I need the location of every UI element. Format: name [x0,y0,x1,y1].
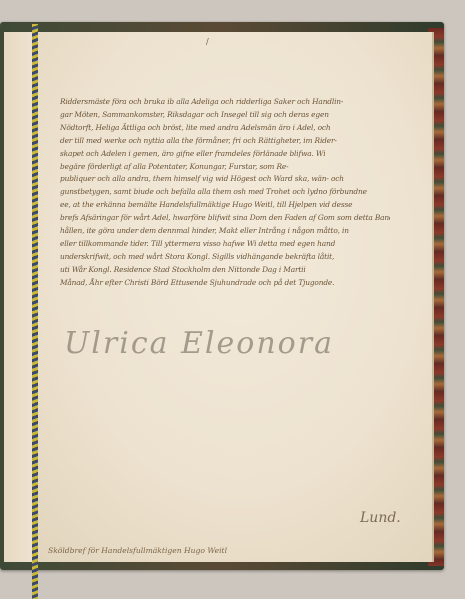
body-line: publiquer och alla andra, them himself v… [60,173,390,186]
page-mark: / [206,37,209,46]
body-line: uti Wår Kongl. Residence Stad Stockholm … [60,264,390,277]
body-line: skapet och Adelen i gemen, äro gifne ell… [60,148,390,161]
body-line: hållen, ite göra under dem dennmal hinde… [60,225,390,238]
body-line: ee, at the erkänna bemälte Handelsfullmä… [60,199,390,212]
binding-cord [32,24,38,599]
body-line: der till med werke och nyttia alla the f… [60,135,390,148]
body-line: eller tillkommande tider. Till yttermera… [60,238,390,251]
countersignature: Lund. [360,510,401,526]
body-line: gar Möten, Sammankomster, Riksdagar och … [60,109,390,122]
footer-caption: Sköldbref för Handelsfullmäktigen Hugo W… [48,546,227,555]
document-body: Riddersmäste föra och bruka ib alla Adel… [60,96,390,290]
body-line: Månad, Åhr efter Christi Börd Ettusende … [60,277,390,290]
body-line: begäre förderligt af alla Potentater, Ko… [60,161,390,174]
body-line: brefs Afsäringar för wårt Adel, hwarföre… [60,212,390,225]
body-line: Riddersmäste föra och bruka ib alla Adel… [60,96,390,109]
body-line: gunstbetygen, samt biude och befalla all… [60,186,390,199]
body-line: Nödtorft, Heliga Ättliga och bröst, lite… [60,122,390,135]
body-line: underskrifwit, och med wårt Stora Kongl.… [60,251,390,264]
royal-signature: Ulrica Eleonora [64,326,334,361]
